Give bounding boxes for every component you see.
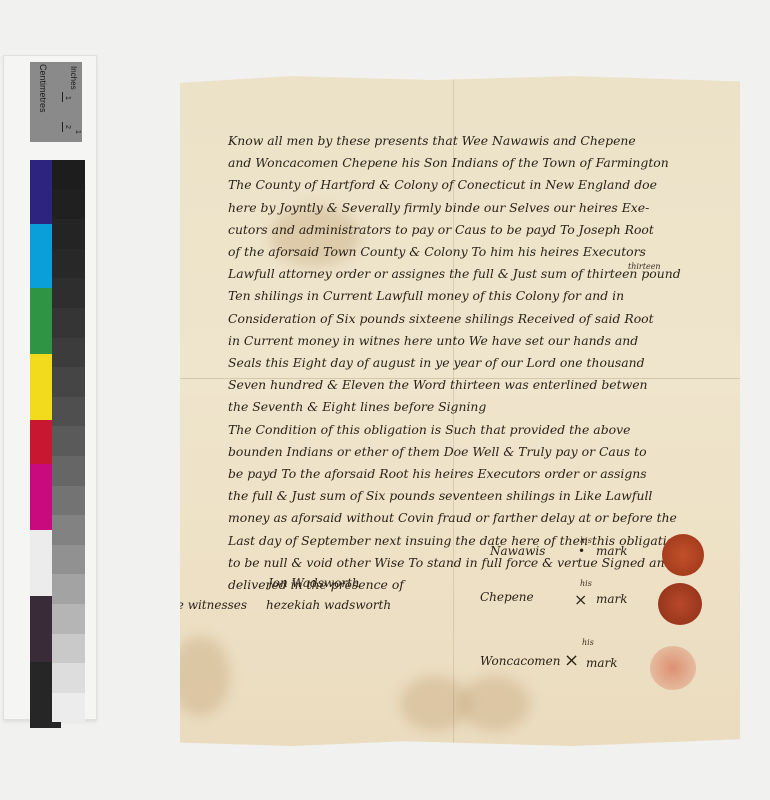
gray-step [52, 663, 85, 693]
signatory-name: Nawawis [490, 544, 545, 558]
ruler-tick [62, 122, 63, 132]
text-line: here by Joyntly & Severally firmly binde… [228, 197, 708, 219]
text-line: Consideration of Six pounds sixteene shi… [228, 308, 708, 330]
text-line: bounden Indians or ether of them Doe Wel… [228, 441, 708, 463]
text-line: and Woncacomen Chepene his Son Indians o… [228, 152, 708, 174]
witness-name: Jon Wadsworth [268, 576, 360, 590]
text-line: of the aforsaid Town County & Colony To … [228, 241, 708, 263]
text-line: to be null & void other Wise To stand in… [228, 552, 708, 574]
text-line: Know all men by these presents that Wee … [228, 130, 708, 152]
gray-step [52, 426, 85, 456]
mark-label: mark [596, 544, 628, 558]
interlineation: thirteen [628, 262, 661, 271]
gray-step [52, 486, 85, 516]
bond-text: Know all men by these presents that Wee … [228, 130, 708, 596]
gray-step [52, 545, 85, 575]
ruler-number-inch: 1 [74, 130, 81, 134]
text-line: Ten shilings in Current Lawfull money of… [228, 285, 708, 307]
mark-glyph: × [574, 590, 587, 609]
text-line: Seven hundred & Eleven the Word thirteen… [228, 374, 708, 396]
text-line: in Current money in witnes here unto We … [228, 330, 708, 352]
ruler-label-inches: Inches [69, 66, 78, 90]
text-line: be payd To the aforsaid Root his heires … [228, 463, 708, 485]
text-line: the full & Just sum of Six pounds sevent… [228, 485, 708, 507]
gray-step [52, 634, 85, 664]
gray-step [52, 308, 85, 338]
gray-step [52, 604, 85, 634]
wax-seal [662, 534, 704, 576]
ruler-tick [62, 92, 63, 102]
text-line: the Seventh & Eight lines before Signing [228, 396, 708, 418]
gray-step [52, 219, 85, 249]
mark-label: mark [586, 656, 618, 670]
wax-seal-faded [650, 646, 696, 690]
paper-stain [460, 676, 530, 731]
mark-glyph: × [564, 650, 579, 671]
text-line: Seals this Eight day of august in ye yea… [228, 352, 708, 374]
text-line: Last day of September next insuing the d… [228, 530, 708, 552]
text-line: cutors and administrators to pay or Caus… [228, 219, 708, 241]
gray-step [52, 397, 85, 427]
gray-step [52, 338, 85, 368]
manuscript-page: Know all men by these presents that Wee … [180, 76, 740, 746]
paper-stain [170, 636, 230, 716]
gray-step [52, 574, 85, 604]
gray-step [52, 278, 85, 308]
gray-step [52, 515, 85, 545]
text-line: The Condition of this obligation is Such… [228, 419, 708, 441]
his-label: his [582, 638, 594, 647]
mark-label: mark [596, 592, 628, 606]
signatory-name: Woncacomen [480, 654, 561, 668]
gray-scale-steps [52, 160, 85, 722]
his-label: his [580, 579, 592, 588]
ruler-number: 2 [64, 125, 71, 129]
gray-step [52, 160, 85, 190]
ruler-number: 1 [64, 96, 71, 100]
witnesses-label: ye witnesses [170, 598, 247, 612]
gray-step [52, 367, 85, 397]
gray-step [52, 249, 85, 279]
ruler-label-centimetres: Centimetres [38, 64, 48, 113]
signatory-name: Chepene [480, 590, 534, 604]
witness-name: hezekiah wadsworth [266, 598, 391, 612]
scale-ruler: Centimetres Inches 1 2 1 [30, 62, 82, 142]
gray-step [52, 456, 85, 486]
mark-glyph: • [578, 544, 585, 558]
text-line: money as aforsaid without Covin fraud or… [228, 507, 708, 529]
gray-step [52, 693, 85, 723]
text-line: The County of Hartford & Colony of Conec… [228, 174, 708, 196]
wax-seal [658, 583, 702, 625]
gray-step [52, 190, 85, 220]
